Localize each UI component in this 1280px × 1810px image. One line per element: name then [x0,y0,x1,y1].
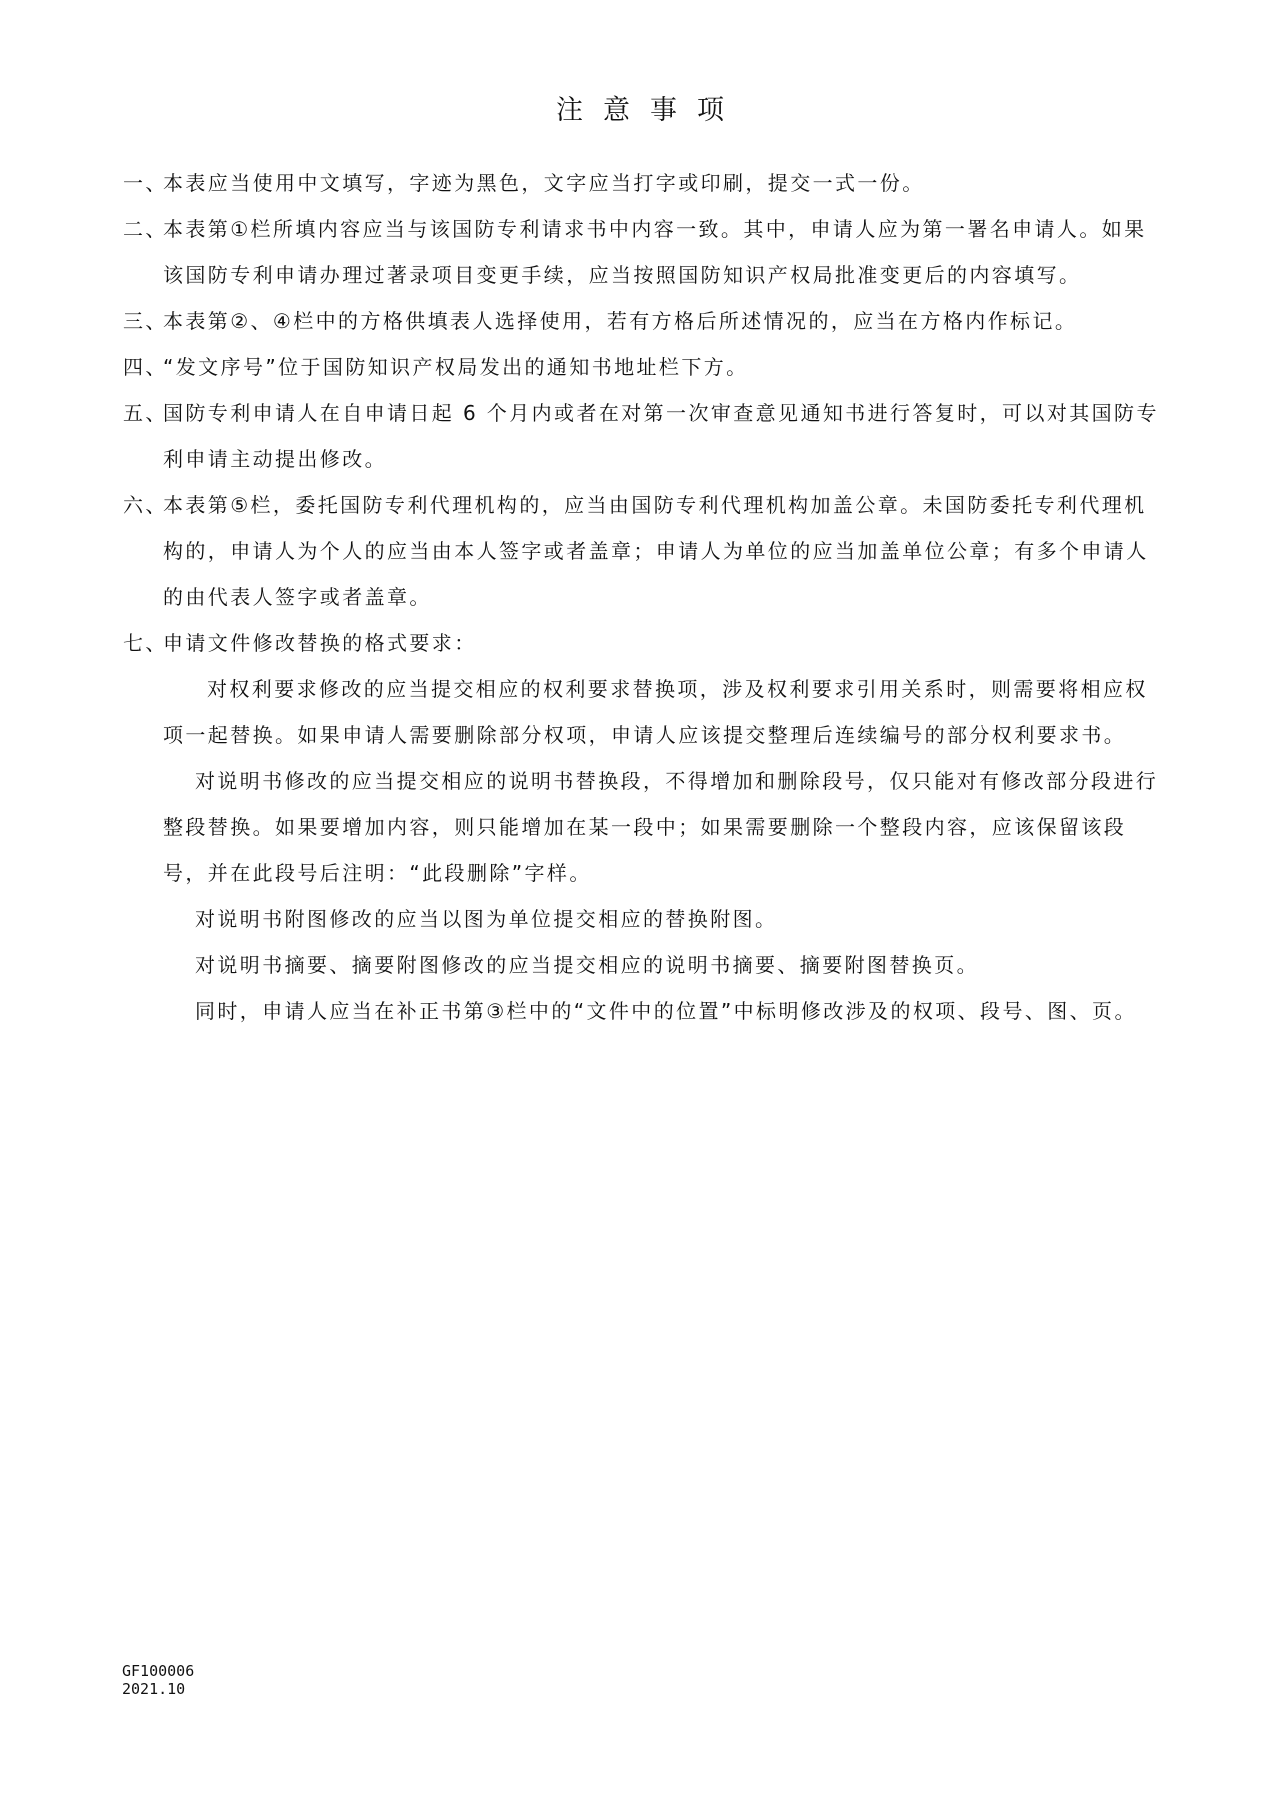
item-text: 本表第①栏所填内容应当与该国防专利请求书中内容一致。其中，申请人应为第一署名申请… [163,217,1147,287]
form-footer: GF100006 2021.10 [122,1662,194,1698]
sub-paragraph-abstract: 对说明书摘要、摘要附图修改的应当提交相应的说明书摘要、摘要附图替换页。 [123,942,1163,988]
notice-item-3: 三、 本表第②、④栏中的方格供填表人选择使用，若有方格后所述情况的，应当在方格内… [123,298,1163,344]
item-text: 申请文件修改替换的格式要求： [163,631,477,655]
notice-item-1: 一、 本表应当使用中文填写，字迹为黑色，文字应当打字或印刷，提交一式一份。 [123,160,1163,206]
item-text: 本表第②、④栏中的方格供填表人选择使用，若有方格后所述情况的，应当在方格内作标记… [163,309,1077,333]
document-page: 注意事项 一、 本表应当使用中文填写，字迹为黑色，文字应当打字或印刷，提交一式一… [0,0,1280,1810]
page-title: 注意事项 [0,94,1280,128]
item-number: 一、 [123,160,168,206]
notice-item-5: 五、 国防专利申请人在自申请日起 6 个月内或者在对第一次审查意见通知书进行答复… [123,390,1163,482]
notice-item-7: 七、 申请文件修改替换的格式要求： [123,620,1163,666]
form-code: GF100006 [122,1662,194,1680]
item-text: 本表第⑤栏，委托国防专利代理机构的，应当由国防专利代理机构加盖公章。未国防委托专… [163,493,1149,609]
notice-item-4: 四、 “发文序号”位于国防知识产权局发出的通知书地址栏下方。 [123,344,1163,390]
sub-paragraph-claims: 对权利要求修改的应当提交相应的权利要求替换项，涉及权利要求引用关系时，则需要将相… [123,666,1163,758]
notice-content: 一、 本表应当使用中文填写，字迹为黑色，文字应当打字或印刷，提交一式一份。 二、… [123,160,1163,1034]
item-text: “发文序号”位于国防知识产权局发出的通知书地址栏下方。 [163,355,749,379]
notice-item-2: 二、 本表第①栏所填内容应当与该国防专利请求书中内容一致。其中，申请人应为第一署… [123,206,1163,298]
item-text: 本表应当使用中文填写，字迹为黑色，文字应当打字或印刷，提交一式一份。 [163,171,925,195]
item-number: 五、 [123,390,168,436]
sub-paragraph-drawings: 对说明书附图修改的应当以图为单位提交相应的替换附图。 [123,896,1163,942]
item-text: 国防专利申请人在自申请日起 6 个月内或者在对第一次审查意见通知书进行答复时，可… [163,401,1159,471]
sub-paragraph-location: 同时，申请人应当在补正书第③栏中的“文件中的位置”中标明修改涉及的权项、段号、图… [123,988,1163,1034]
version-date: 2021.10 [122,1680,194,1698]
item-number: 二、 [123,206,168,252]
item-number: 七、 [123,620,168,666]
notice-item-6: 六、 本表第⑤栏，委托国防专利代理机构的，应当由国防专利代理机构加盖公章。未国防… [123,482,1163,620]
item-number: 三、 [123,298,168,344]
item-number: 四、 [123,344,168,390]
item-number: 六、 [123,482,168,528]
sub-paragraph-description: 对说明书修改的应当提交相应的说明书替换段，不得增加和删除段号，仅只能对有修改部分… [123,758,1163,896]
